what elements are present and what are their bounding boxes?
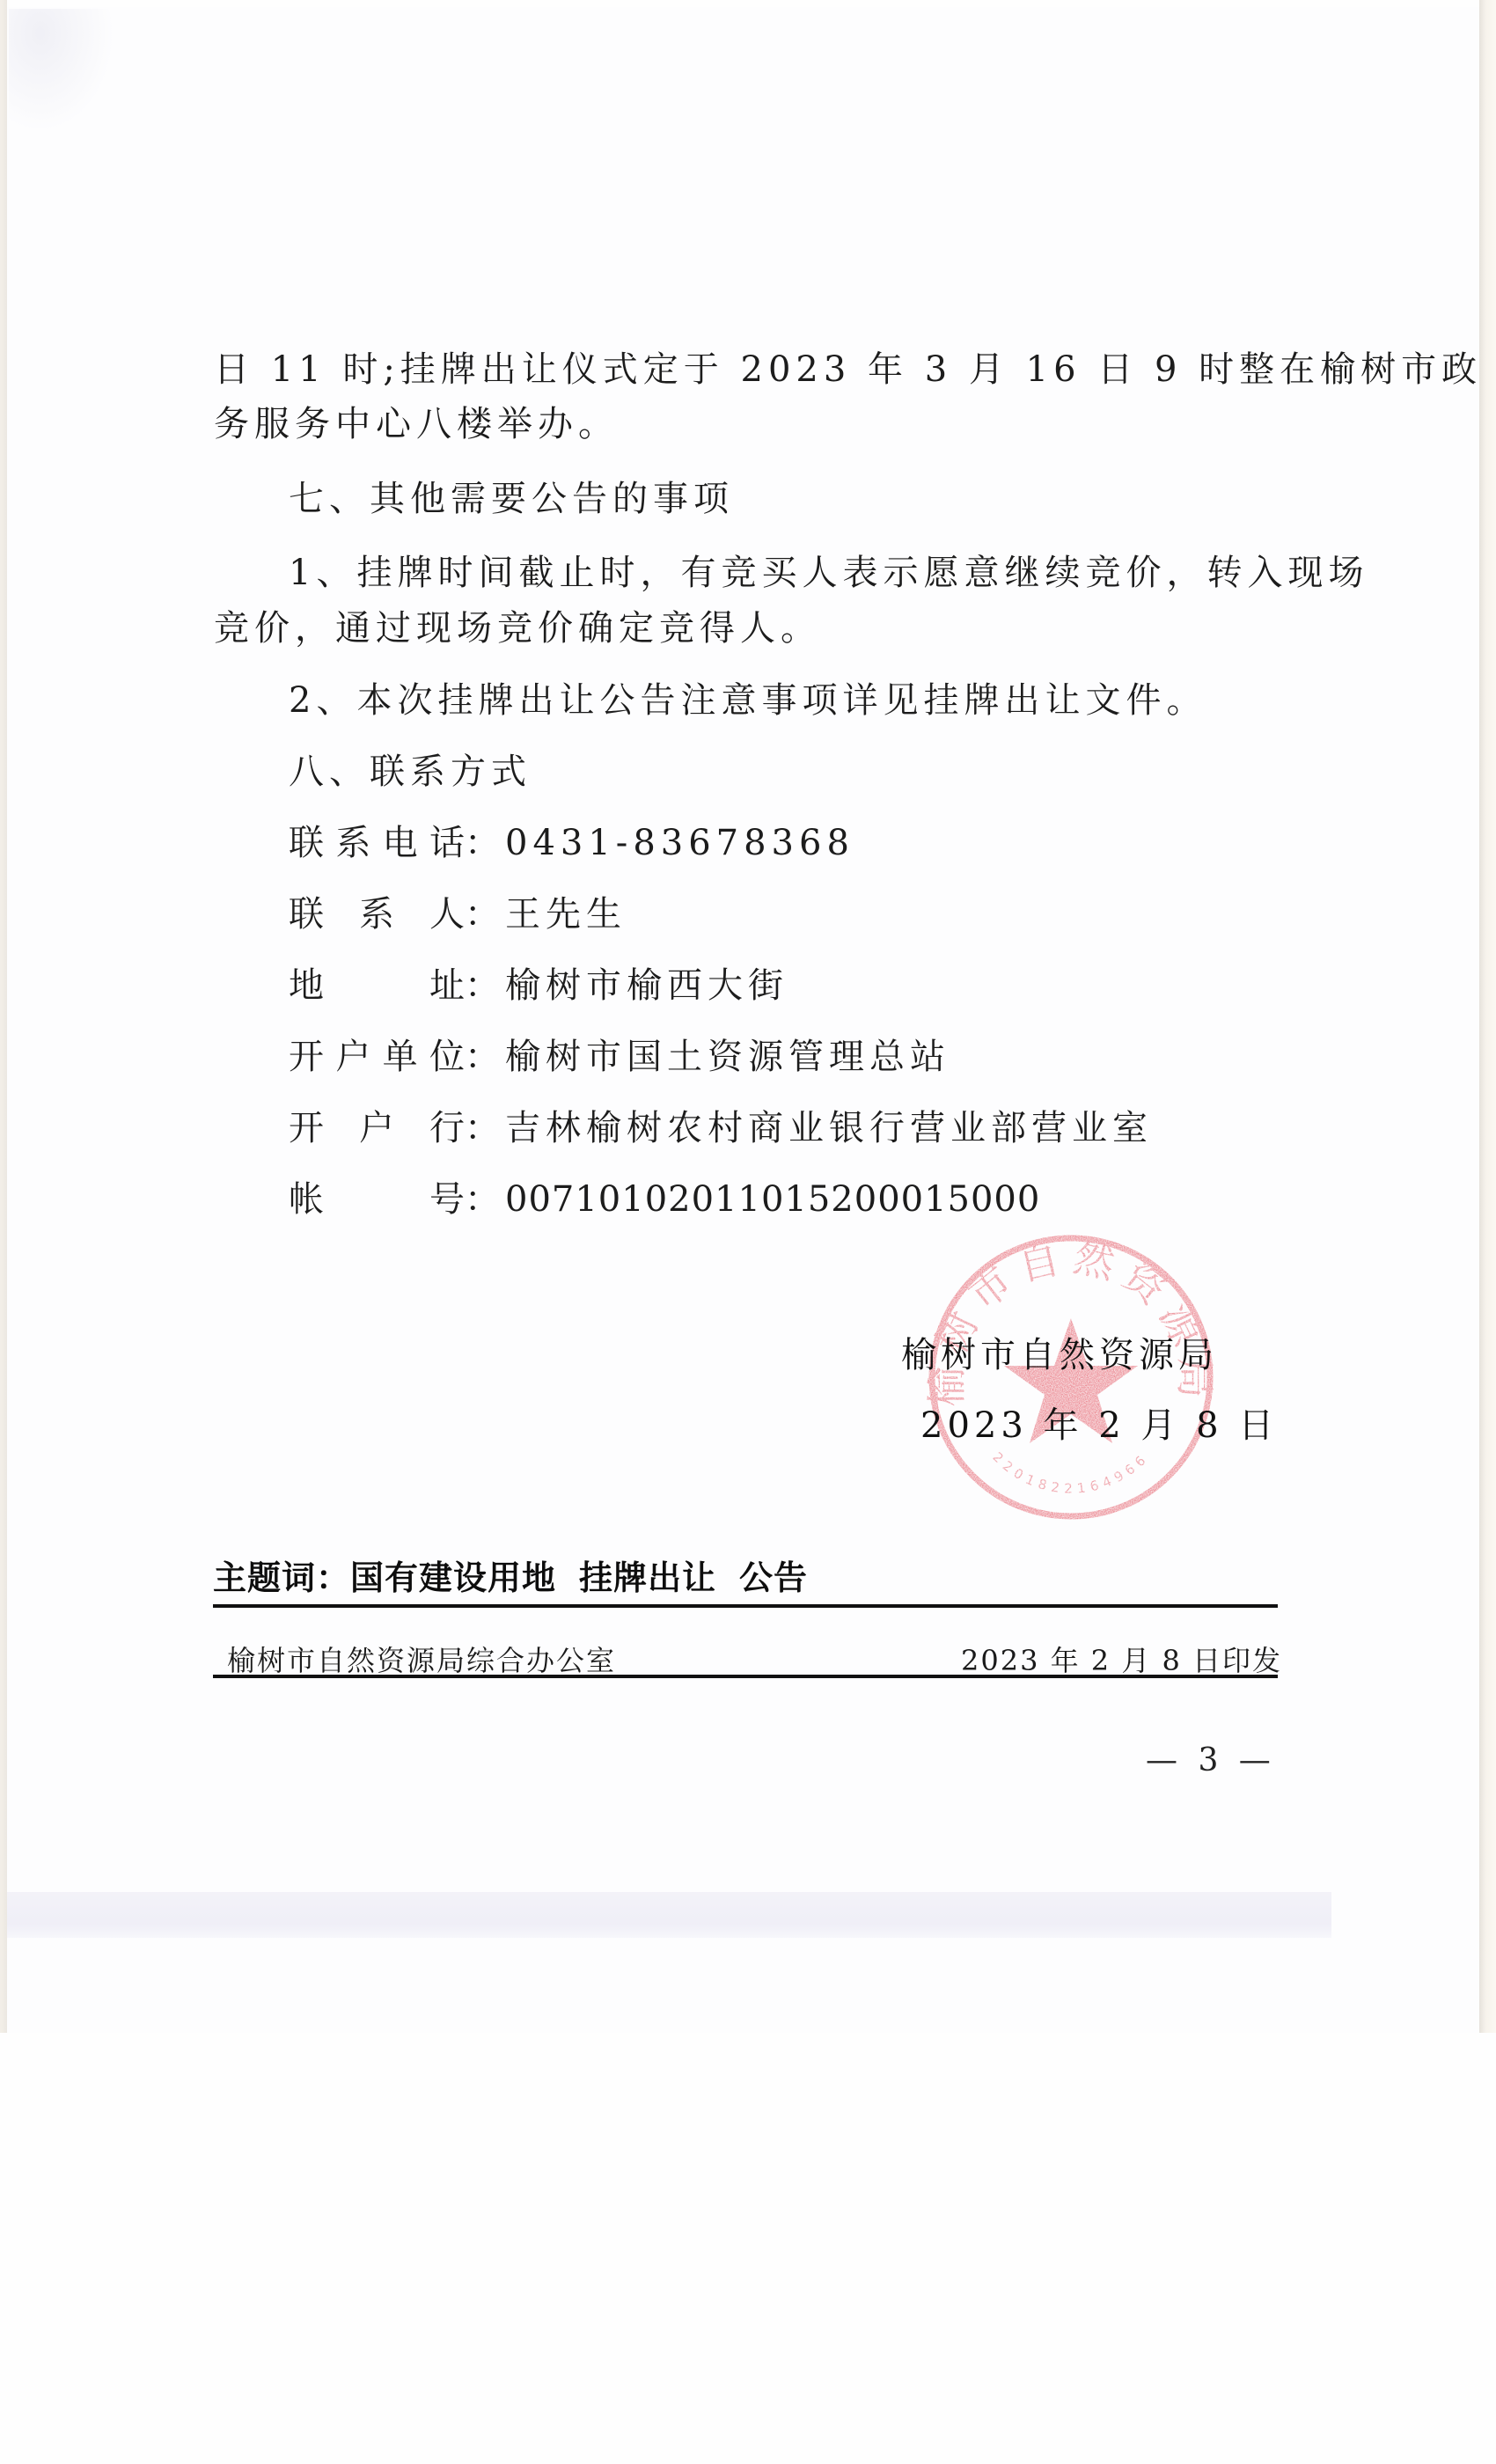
seal-serial-number: 2201822164966 <box>989 1449 1152 1497</box>
contact-label: 联系电话 <box>289 822 465 864</box>
section-heading-8: 八、联系方式 <box>289 751 532 793</box>
subject-keyword: 公告 <box>739 1558 808 1597</box>
contact-separator: ： <box>465 823 505 863</box>
contact-row-address: 地址 ：榆树市榆西大街 <box>289 964 788 1007</box>
scan-right-edge <box>1479 0 1496 2033</box>
contact-label: 开户单位 <box>289 1036 465 1078</box>
contact-label: 开户行 <box>289 1107 465 1149</box>
contact-label: 地址 <box>289 964 465 1007</box>
issue-date: 2023 年 2 月 8 日 <box>920 1397 1278 1448</box>
item-1-line-2: 竞价，通过现场竞价确定竞得人。 <box>214 607 821 649</box>
printing-office: 榆树市自然资源局综合办公室 <box>227 1639 616 1679</box>
contact-row-account-holder: 开户单位 ：榆树市国土资源管理总站 <box>289 1036 950 1078</box>
contact-row-person: 联系人 ：王先生 <box>289 893 627 935</box>
divider-rule-bottom <box>213 1675 1278 1678</box>
contact-account-number-value: 00710102011015200015000 <box>505 1179 1040 1220</box>
contact-separator: ： <box>465 1108 505 1148</box>
document-page <box>7 7 1479 2033</box>
subject-keyword: 挂牌出让 <box>579 1558 716 1597</box>
contact-row-bank: 开户行 ：吉林榆树农村商业银行营业部营业室 <box>289 1107 1153 1149</box>
item-1-line-1: 1、挂牌时间截止时，有竞买人表示愿意继续竞价，转入现场 <box>289 552 1368 594</box>
scan-bottom-band <box>7 1892 1331 1938</box>
subject-keyword: 国有建设用地 <box>350 1558 556 1597</box>
scan-artifact <box>9 9 114 132</box>
contact-person-value: 王先生 <box>505 894 627 935</box>
contact-separator: ： <box>465 965 505 1006</box>
official-seal-stamp: 榆树市自然资源局 2201822164966 <box>926 1232 1216 1522</box>
print-date: 2023 年 2 月 8 日印发 <box>961 1639 1282 1679</box>
contact-separator: ： <box>465 1037 505 1077</box>
section-heading-7: 七、其他需要公告的事项 <box>289 478 734 520</box>
contact-account-holder-value: 榆树市国土资源管理总站 <box>505 1037 950 1077</box>
contact-row-phone: 联系电话 ：0431-83678368 <box>289 822 854 864</box>
contact-separator: ： <box>465 1179 505 1220</box>
contact-separator: ： <box>465 894 505 935</box>
paragraph-continued-line-2: 务服务中心八楼举办。 <box>214 403 619 445</box>
contact-row-account-number: 帐号 ：00710102011015200015000 <box>289 1178 1040 1221</box>
page-number: — 3 — <box>1146 1742 1276 1778</box>
contact-phone-value: 0431-83678368 <box>505 823 854 863</box>
contact-label: 联系人 <box>289 893 465 935</box>
paragraph-continued-line-1: 日 11 时;挂牌出让仪式定于 2023 年 3 月 16 日 9 时整在榆树市… <box>214 348 1482 391</box>
issuer-name: 榆树市自然资源局 <box>901 1327 1218 1377</box>
contact-address-value: 榆树市榆西大街 <box>505 965 788 1006</box>
divider-rule-top <box>213 1604 1278 1608</box>
contact-label: 帐号 <box>289 1178 465 1221</box>
scan-left-edge <box>0 0 7 2033</box>
subject-keywords: 主题词：国有建设用地挂牌出让公告 <box>213 1551 808 1599</box>
subject-label: 主题词： <box>213 1558 350 1597</box>
contact-bank-value: 吉林榆树农村商业银行营业部营业室 <box>505 1108 1153 1148</box>
item-2: 2、本次挂牌出让公告注意事项详见挂牌出让文件。 <box>289 679 1206 722</box>
